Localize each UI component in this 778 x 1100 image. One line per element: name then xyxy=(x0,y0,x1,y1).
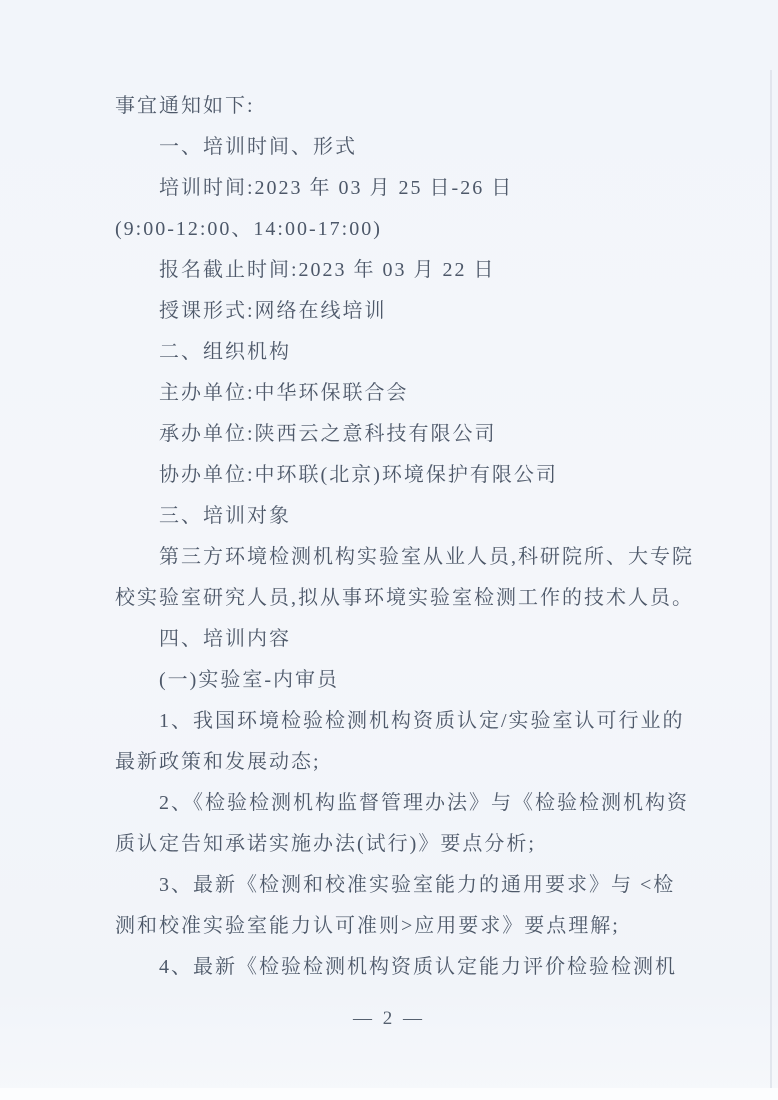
section-3-heading: 三、培训对象 xyxy=(115,496,715,537)
content-item-4-line-1: 4、最新《检验检测机构资质认定能力评价检验检测机 xyxy=(115,947,715,988)
subsection-1-heading: (一)实验室-内审员 xyxy=(115,660,715,701)
teaching-format-line: 授课形式:网络在线培训 xyxy=(115,291,715,332)
organizer-unit-line: 承办单位:陕西云之意科技有限公司 xyxy=(115,414,715,455)
content-item-1-line-2: 最新政策和发展动态; xyxy=(115,742,715,783)
content-item-2-line-1: 2、《检验检测机构监督管理办法》与《检验检测机构资 xyxy=(115,783,715,824)
section-1-heading: 一、培训时间、形式 xyxy=(115,127,715,168)
section-4-heading: 四、培训内容 xyxy=(115,619,715,660)
content-item-2-line-2: 质认定告知承诺实施办法(试行)》要点分析; xyxy=(115,824,715,865)
co-organizer-unit-line: 协办单位:中环联(北京)环境保护有限公司 xyxy=(115,455,715,496)
audience-paragraph-line-1: 第三方环境检测机构实验室从业人员,科研院所、大专院 xyxy=(115,537,715,578)
content-item-1-line-1: 1、我国环境检验检测机构资质认定/实验室认可行业的 xyxy=(115,701,715,742)
registration-deadline-line: 报名截止时间:2023 年 03 月 22 日 xyxy=(115,250,715,291)
document-body: 事宜通知如下: 一、培训时间、形式 培训时间:2023 年 03 月 25 日-… xyxy=(115,86,715,988)
document-page: 事宜通知如下: 一、培训时间、形式 培训时间:2023 年 03 月 25 日-… xyxy=(0,0,778,1100)
training-time-line: 培训时间:2023 年 03 月 25 日-26 日 xyxy=(115,168,715,209)
scan-bottom-strip xyxy=(0,1088,778,1100)
page-footer: — 2 — xyxy=(0,1008,778,1030)
host-unit-line: 主办单位:中华环保联合会 xyxy=(115,373,715,414)
training-time-detail-line: (9:00-12:00、14:00-17:00) xyxy=(115,209,715,250)
intro-line: 事宜通知如下: xyxy=(115,86,715,127)
audience-paragraph-line-2: 校实验室研究人员,拟从事环境实验室检测工作的技术人员。 xyxy=(115,578,715,619)
scan-page-edge-line xyxy=(770,70,772,1100)
content-item-3-line-1: 3、最新《检测和校准实验室能力的通用要求》与 <检 xyxy=(115,865,715,906)
content-item-3-line-2: 测和校准实验室能力认可准则>应用要求》要点理解; xyxy=(115,906,715,947)
page-number: — 2 — xyxy=(353,1008,425,1029)
section-2-heading: 二、组织机构 xyxy=(115,332,715,373)
